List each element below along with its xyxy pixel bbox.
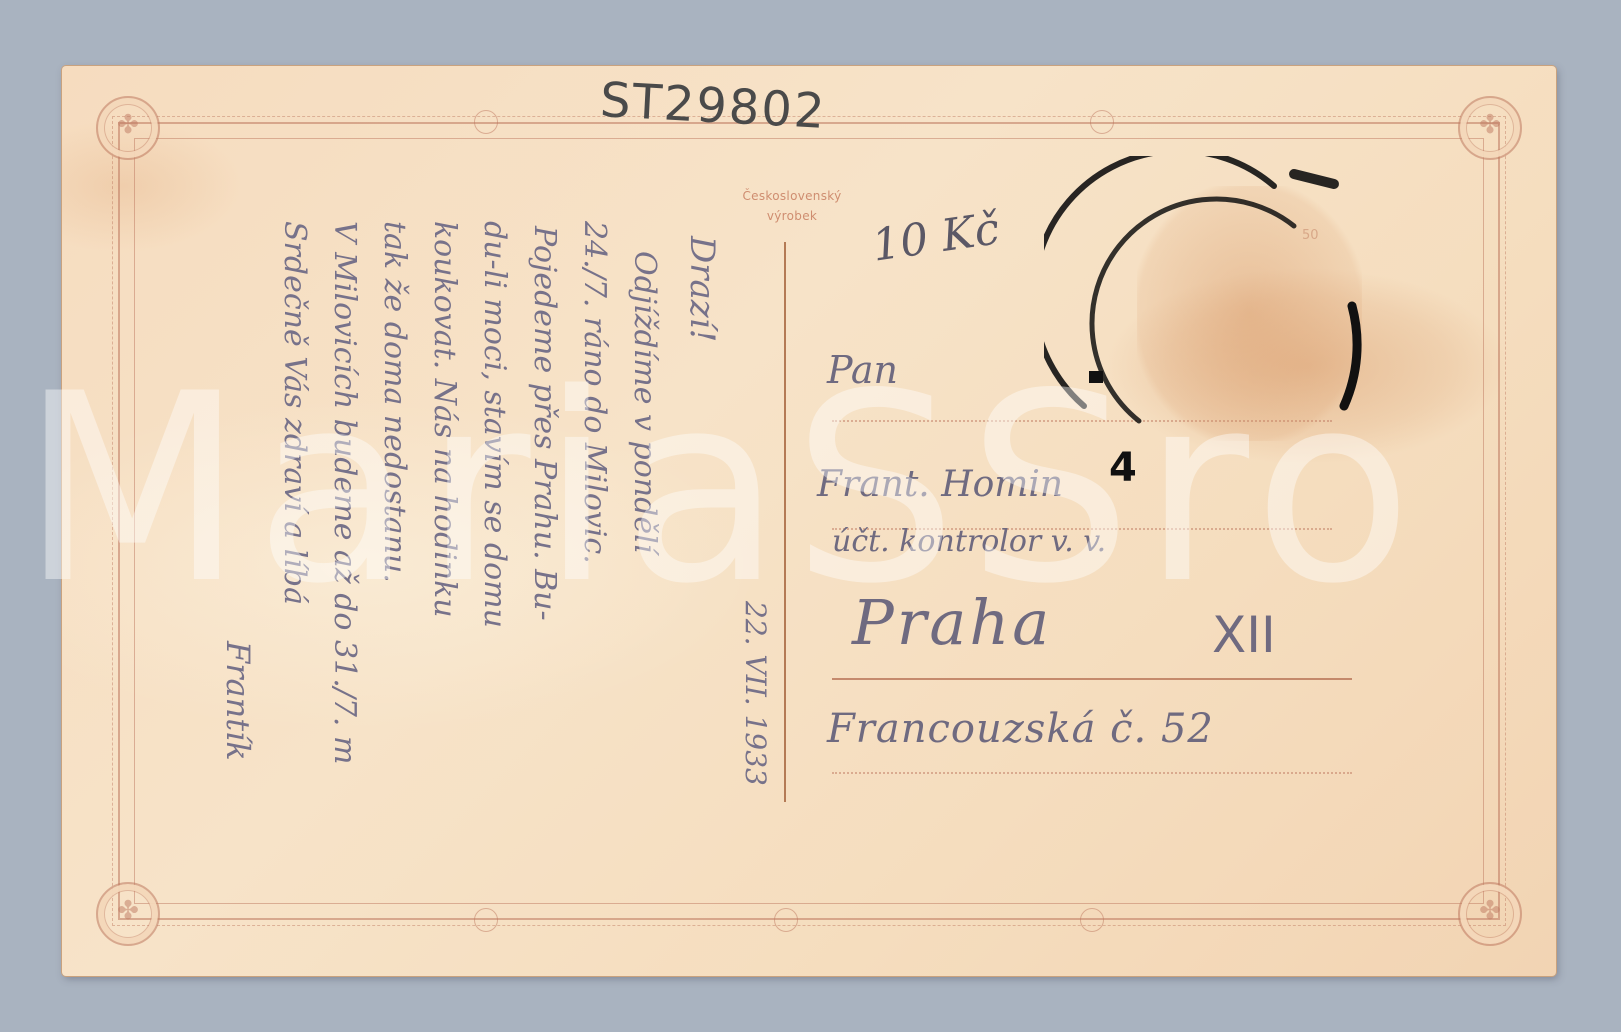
frame-rosette bbox=[474, 110, 498, 134]
address-street: Francouzská č. 52 bbox=[827, 706, 1214, 752]
postmark-cancel-icon: 4 bbox=[1044, 156, 1374, 486]
address-city: Praha bbox=[852, 586, 1052, 659]
frame-rosette bbox=[1090, 110, 1114, 134]
address-role: účt. kontrolor v. v. bbox=[832, 524, 1106, 559]
message-date: 22. VII. 1933 bbox=[739, 601, 772, 786]
address-line bbox=[832, 772, 1352, 774]
corner-rosette-top-right bbox=[1458, 96, 1522, 160]
message-line: koukovat. Nás na hodinku bbox=[427, 221, 462, 618]
message-line: 24./7. ráno do Milovic. bbox=[577, 221, 612, 564]
postcard-back: Československý výrobek 50 4 ST29802 10 K… bbox=[62, 66, 1556, 976]
message-line: du-li moci, stavím se domu bbox=[477, 221, 512, 628]
message-signature: Frantík bbox=[219, 641, 257, 761]
postmark-fragment: 4 bbox=[1109, 445, 1137, 486]
message-line: Odjíždíme v pondělí bbox=[627, 251, 662, 553]
address-salutation: Pan bbox=[827, 348, 898, 392]
message-line: tak že doma nedostanu. bbox=[377, 221, 412, 583]
address-district: XII bbox=[1212, 606, 1276, 664]
corner-rosette-bottom-right bbox=[1458, 882, 1522, 946]
address-name: Frant. Homin bbox=[817, 464, 1063, 505]
message-line: V Milovicích budeme až do 31./7. m bbox=[327, 221, 362, 764]
reference-number: ST29802 bbox=[599, 72, 828, 140]
address-line bbox=[832, 678, 1352, 680]
message-address-divider bbox=[784, 242, 786, 802]
corner-rosette-bottom-left bbox=[96, 882, 160, 946]
message-greeting: Drazí! bbox=[682, 236, 722, 342]
message-line: Srdečně Vás zdraví a líbá bbox=[277, 221, 312, 605]
frame-rosette bbox=[1080, 908, 1104, 932]
handwritten-message: 22. VII. 1933 Drazí! Odjíždíme v pondělí… bbox=[162, 161, 782, 941]
message-line: Pojedeme přes Prahu. Bu- bbox=[527, 226, 562, 621]
corner-rosette-top-left bbox=[96, 96, 160, 160]
